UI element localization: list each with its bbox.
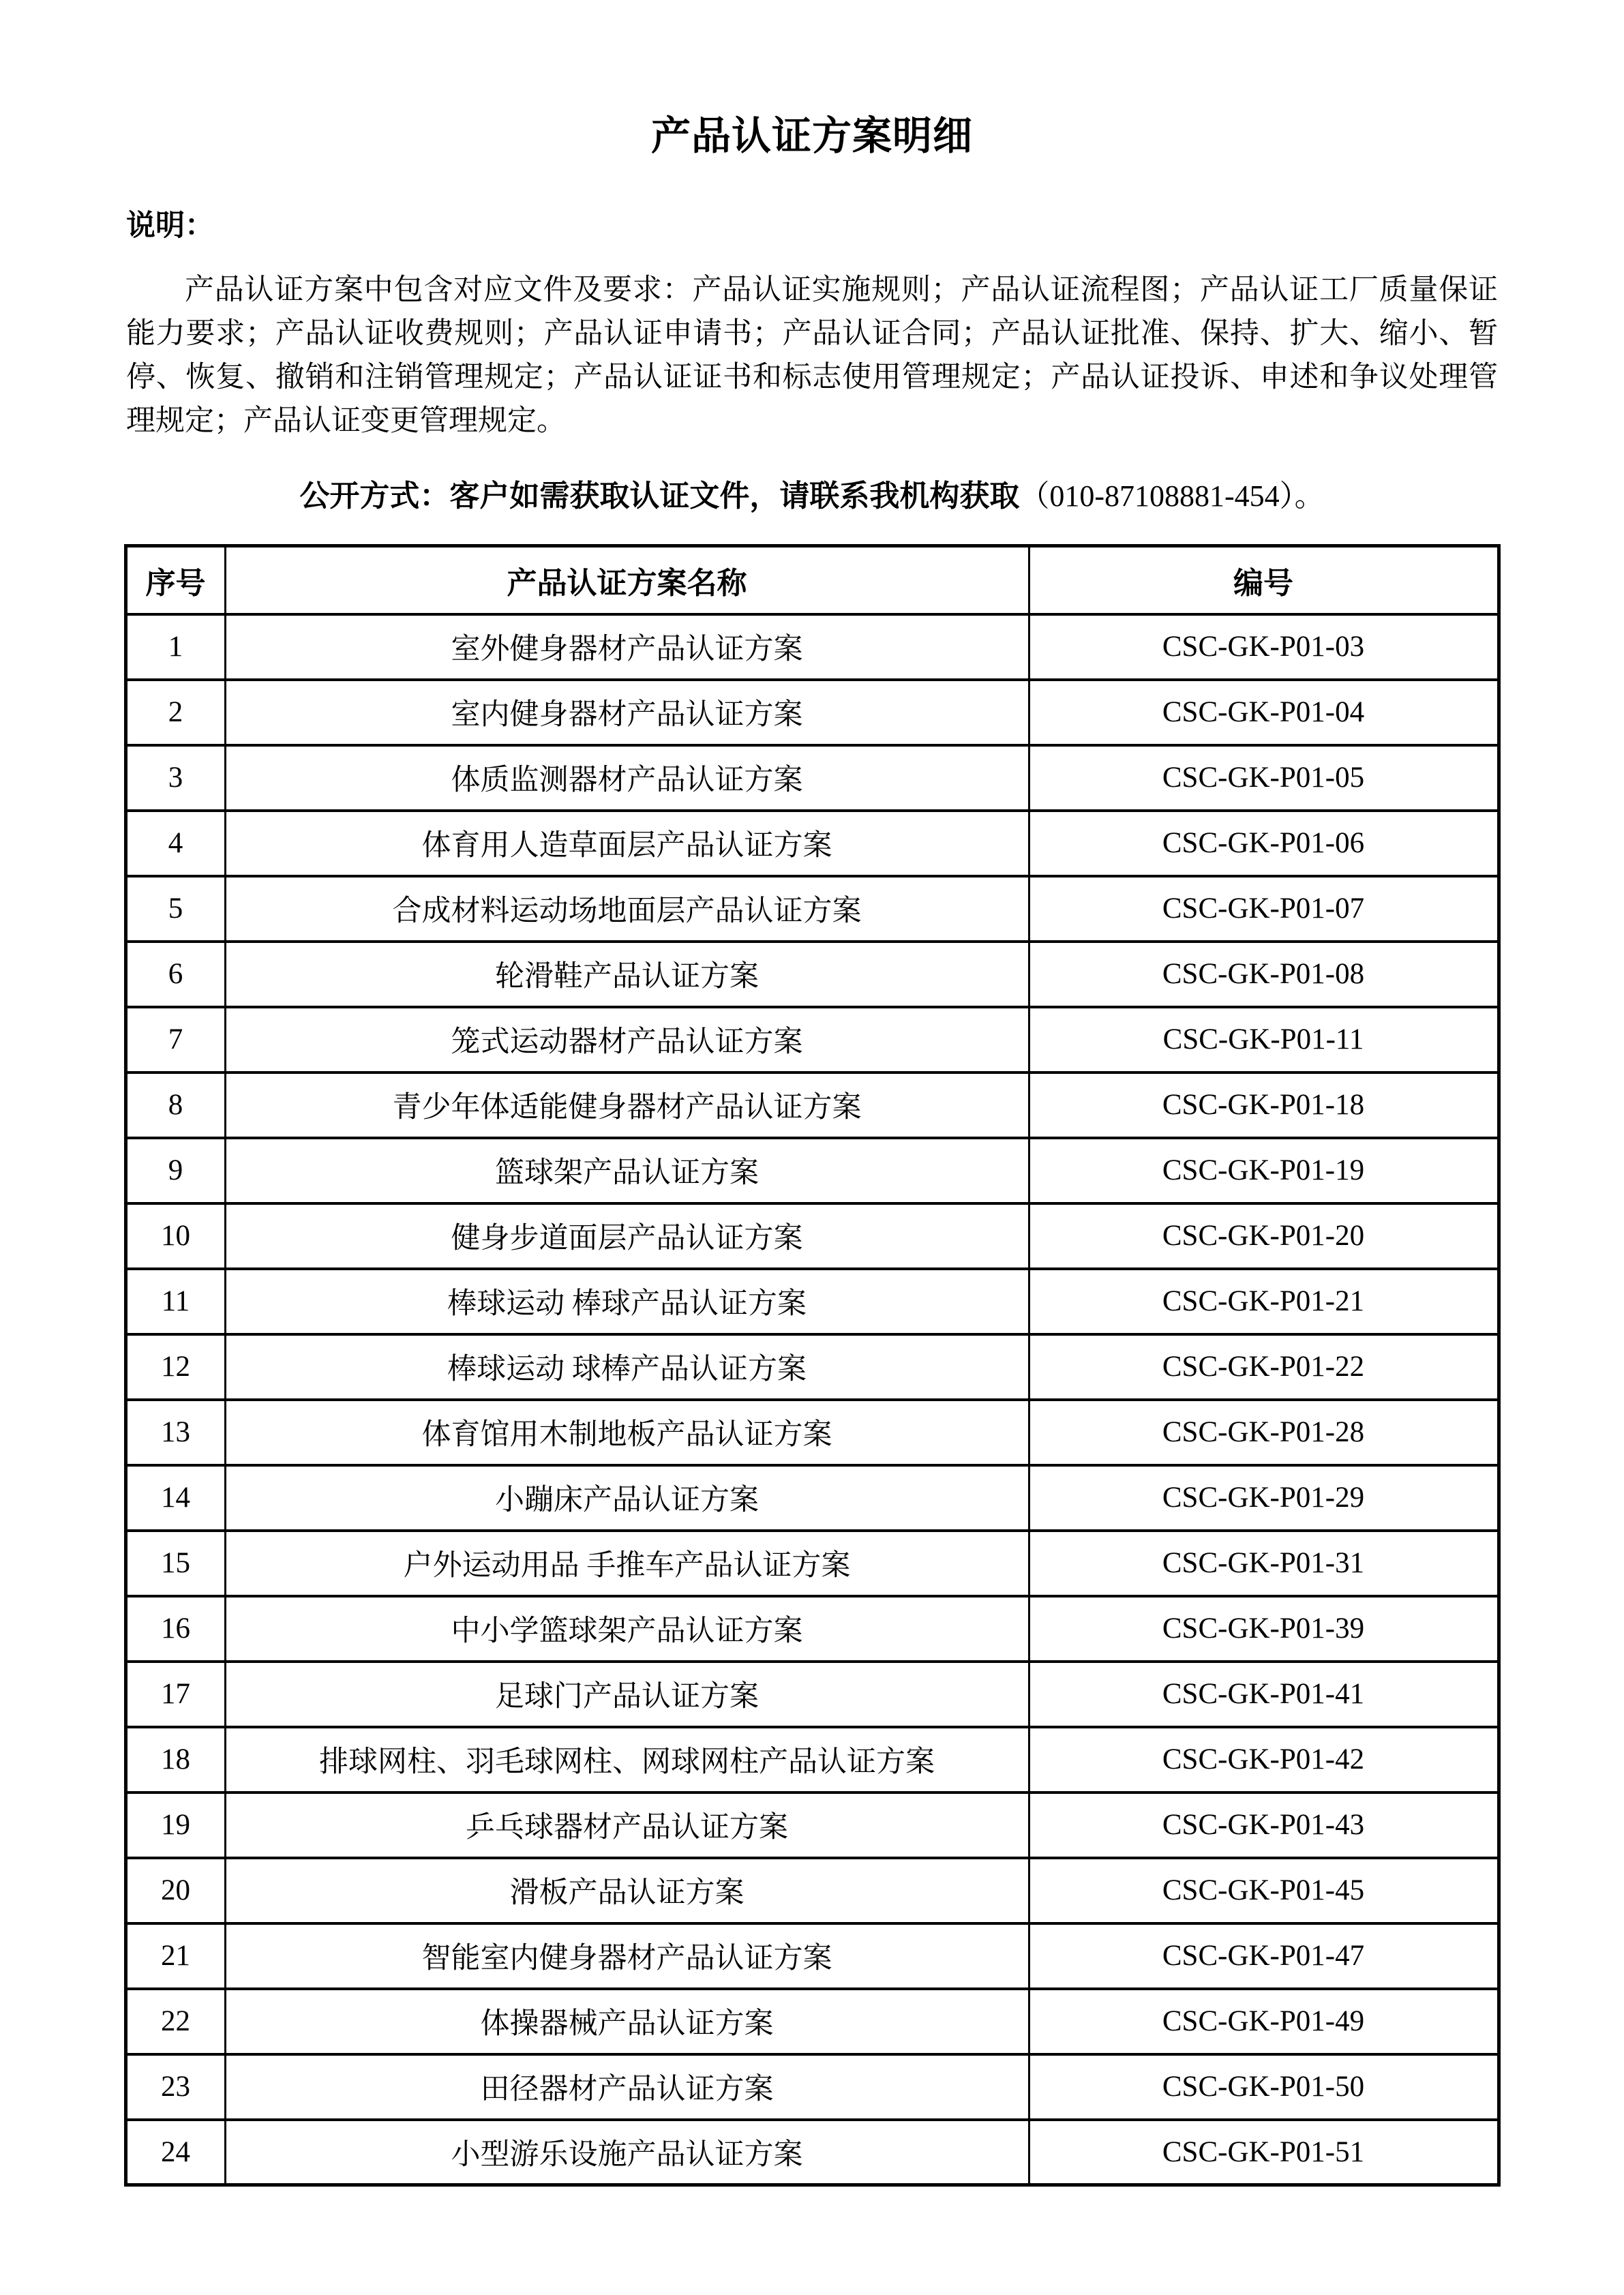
row-number: 4 bbox=[125, 811, 225, 876]
table-row: 16 中小学篮球架产品认证方案 CSC-GK-P01-39 bbox=[125, 1596, 1499, 1662]
scheme-name: 滑板产品认证方案 bbox=[225, 1858, 1029, 1923]
row-number: 20 bbox=[125, 1858, 225, 1923]
disclosure-line: 公开方式：客户如需获取认证文件，请联系我机构获取（010-87108881-45… bbox=[0, 479, 1624, 515]
scheme-code: CSC-GK-P01-47 bbox=[1029, 1923, 1499, 1989]
table-row: 4 体育用人造草面层产品认证方案 CSC-GK-P01-06 bbox=[125, 811, 1499, 876]
scheme-name: 笼式运动器材产品认证方案 bbox=[225, 1007, 1029, 1072]
scheme-code: CSC-GK-P01-03 bbox=[1029, 614, 1499, 680]
scheme-name: 智能室内健身器材产品认证方案 bbox=[225, 1923, 1029, 1989]
scheme-name: 小蹦床产品认证方案 bbox=[225, 1465, 1029, 1531]
row-number: 5 bbox=[125, 876, 225, 942]
scheme-code: CSC-GK-P01-07 bbox=[1029, 876, 1499, 942]
row-number: 22 bbox=[125, 1989, 225, 2054]
scheme-name: 篮球架产品认证方案 bbox=[225, 1138, 1029, 1203]
scheme-name: 青少年体适能健身器材产品认证方案 bbox=[225, 1072, 1029, 1138]
description-paragraph: 产品认证方案中包含对应文件及要求：产品认证实施规则；产品认证流程图；产品认证工厂… bbox=[126, 269, 1498, 443]
row-number: 7 bbox=[125, 1007, 225, 1072]
row-number: 18 bbox=[125, 1727, 225, 1792]
note-label: 说明： bbox=[126, 202, 1499, 244]
scheme-name: 室内健身器材产品认证方案 bbox=[225, 680, 1029, 745]
scheme-name: 室外健身器材产品认证方案 bbox=[225, 614, 1029, 680]
row-number: 12 bbox=[125, 1334, 225, 1400]
row-number: 14 bbox=[125, 1465, 225, 1531]
scheme-code: CSC-GK-P01-39 bbox=[1029, 1596, 1499, 1662]
column-header-name: 产品认证方案名称 bbox=[225, 546, 1029, 614]
table-row: 17 足球门产品认证方案 CSC-GK-P01-41 bbox=[125, 1662, 1499, 1727]
scheme-code: CSC-GK-P01-49 bbox=[1029, 1989, 1499, 2054]
disclosure-bold-text: 公开方式：客户如需获取认证文件，请联系我机构获取 bbox=[299, 479, 1019, 513]
scheme-name: 体育用人造草面层产品认证方案 bbox=[225, 811, 1029, 876]
row-number: 13 bbox=[125, 1400, 225, 1465]
scheme-code: CSC-GK-P01-43 bbox=[1029, 1792, 1499, 1858]
table-row: 2 室内健身器材产品认证方案 CSC-GK-P01-04 bbox=[125, 680, 1499, 745]
document-page: 产品认证方案明细 说明： 产品认证方案中包含对应文件及要求：产品认证实施规则；产… bbox=[0, 0, 1624, 2295]
row-number: 3 bbox=[125, 745, 225, 811]
scheme-code: CSC-GK-P01-18 bbox=[1029, 1072, 1499, 1138]
row-number: 9 bbox=[125, 1138, 225, 1203]
scheme-name: 体质监测器材产品认证方案 bbox=[225, 745, 1029, 811]
scheme-name: 户外运动用品 手推车产品认证方案 bbox=[225, 1531, 1029, 1596]
table-row: 23 田径器材产品认证方案 CSC-GK-P01-50 bbox=[125, 2054, 1499, 2120]
scheme-code: CSC-GK-P01-41 bbox=[1029, 1662, 1499, 1727]
row-number: 10 bbox=[125, 1203, 225, 1269]
scheme-code: CSC-GK-P01-06 bbox=[1029, 811, 1499, 876]
row-number: 17 bbox=[125, 1662, 225, 1727]
table-row: 15 户外运动用品 手推车产品认证方案 CSC-GK-P01-31 bbox=[125, 1531, 1499, 1596]
table-header-row: 序号 产品认证方案名称 编号 bbox=[125, 546, 1499, 614]
scheme-name: 棒球运动 球棒产品认证方案 bbox=[225, 1334, 1029, 1400]
scheme-name: 棒球运动 棒球产品认证方案 bbox=[225, 1269, 1029, 1334]
table-row: 9 篮球架产品认证方案 CSC-GK-P01-19 bbox=[125, 1138, 1499, 1203]
scheme-code: CSC-GK-P01-51 bbox=[1029, 2120, 1499, 2185]
scheme-code: CSC-GK-P01-45 bbox=[1029, 1858, 1499, 1923]
scheme-code: CSC-GK-P01-11 bbox=[1029, 1007, 1499, 1072]
scheme-code: CSC-GK-P01-04 bbox=[1029, 680, 1499, 745]
row-number: 11 bbox=[125, 1269, 225, 1334]
page-title: 产品认证方案明细 bbox=[0, 0, 1624, 160]
table-row: 24 小型游乐设施产品认证方案 CSC-GK-P01-51 bbox=[125, 2120, 1499, 2185]
table-row: 5 合成材料运动场地面层产品认证方案 CSC-GK-P01-07 bbox=[125, 876, 1499, 942]
table-row: 18 排球网柱、羽毛球网柱、网球网柱产品认证方案 CSC-GK-P01-42 bbox=[125, 1727, 1499, 1792]
table-row: 12 棒球运动 球棒产品认证方案 CSC-GK-P01-22 bbox=[125, 1334, 1499, 1400]
scheme-name: 乒乓球器材产品认证方案 bbox=[225, 1792, 1029, 1858]
scheme-code: CSC-GK-P01-19 bbox=[1029, 1138, 1499, 1203]
disclosure-contact: （010-87108881-454）。 bbox=[1019, 479, 1324, 513]
table-row: 19 乒乓球器材产品认证方案 CSC-GK-P01-43 bbox=[125, 1792, 1499, 1858]
table-row: 8 青少年体适能健身器材产品认证方案 CSC-GK-P01-18 bbox=[125, 1072, 1499, 1138]
table-row: 6 轮滑鞋产品认证方案 CSC-GK-P01-08 bbox=[125, 942, 1499, 1007]
scheme-code: CSC-GK-P01-28 bbox=[1029, 1400, 1499, 1465]
table-row: 7 笼式运动器材产品认证方案 CSC-GK-P01-11 bbox=[125, 1007, 1499, 1072]
scheme-name: 中小学篮球架产品认证方案 bbox=[225, 1596, 1029, 1662]
scheme-name: 体育馆用木制地板产品认证方案 bbox=[225, 1400, 1029, 1465]
table-row: 22 体操器械产品认证方案 CSC-GK-P01-49 bbox=[125, 1989, 1499, 2054]
scheme-code: CSC-GK-P01-20 bbox=[1029, 1203, 1499, 1269]
scheme-code: CSC-GK-P01-50 bbox=[1029, 2054, 1499, 2120]
scheme-name: 田径器材产品认证方案 bbox=[225, 2054, 1029, 2120]
row-number: 21 bbox=[125, 1923, 225, 1989]
scheme-code: CSC-GK-P01-31 bbox=[1029, 1531, 1499, 1596]
table-row: 14 小蹦床产品认证方案 CSC-GK-P01-29 bbox=[125, 1465, 1499, 1531]
scheme-code: CSC-GK-P01-22 bbox=[1029, 1334, 1499, 1400]
certification-scheme-table: 序号 产品认证方案名称 编号 1 室外健身器材产品认证方案 CSC-GK-P01… bbox=[124, 544, 1501, 2187]
row-number: 16 bbox=[125, 1596, 225, 1662]
scheme-code: CSC-GK-P01-21 bbox=[1029, 1269, 1499, 1334]
scheme-name: 足球门产品认证方案 bbox=[225, 1662, 1029, 1727]
row-number: 2 bbox=[125, 680, 225, 745]
table-row: 20 滑板产品认证方案 CSC-GK-P01-45 bbox=[125, 1858, 1499, 1923]
scheme-name: 体操器械产品认证方案 bbox=[225, 1989, 1029, 2054]
scheme-name: 排球网柱、羽毛球网柱、网球网柱产品认证方案 bbox=[225, 1727, 1029, 1792]
row-number: 24 bbox=[125, 2120, 225, 2185]
table-row: 3 体质监测器材产品认证方案 CSC-GK-P01-05 bbox=[125, 745, 1499, 811]
scheme-name: 健身步道面层产品认证方案 bbox=[225, 1203, 1029, 1269]
column-header-no: 序号 bbox=[125, 546, 225, 614]
table-row: 13 体育馆用木制地板产品认证方案 CSC-GK-P01-28 bbox=[125, 1400, 1499, 1465]
scheme-code: CSC-GK-P01-05 bbox=[1029, 745, 1499, 811]
row-number: 1 bbox=[125, 614, 225, 680]
row-number: 6 bbox=[125, 942, 225, 1007]
scheme-code: CSC-GK-P01-08 bbox=[1029, 942, 1499, 1007]
row-number: 19 bbox=[125, 1792, 225, 1858]
scheme-name: 小型游乐设施产品认证方案 bbox=[225, 2120, 1029, 2185]
scheme-code: CSC-GK-P01-29 bbox=[1029, 1465, 1499, 1531]
column-header-code: 编号 bbox=[1029, 546, 1499, 614]
row-number: 15 bbox=[125, 1531, 225, 1596]
scheme-name: 合成材料运动场地面层产品认证方案 bbox=[225, 876, 1029, 942]
scheme-name: 轮滑鞋产品认证方案 bbox=[225, 942, 1029, 1007]
table-row: 21 智能室内健身器材产品认证方案 CSC-GK-P01-47 bbox=[125, 1923, 1499, 1989]
table-row: 10 健身步道面层产品认证方案 CSC-GK-P01-20 bbox=[125, 1203, 1499, 1269]
table-row: 11 棒球运动 棒球产品认证方案 CSC-GK-P01-21 bbox=[125, 1269, 1499, 1334]
table-row: 1 室外健身器材产品认证方案 CSC-GK-P01-03 bbox=[125, 614, 1499, 680]
row-number: 23 bbox=[125, 2054, 225, 2120]
scheme-code: CSC-GK-P01-42 bbox=[1029, 1727, 1499, 1792]
row-number: 8 bbox=[125, 1072, 225, 1138]
